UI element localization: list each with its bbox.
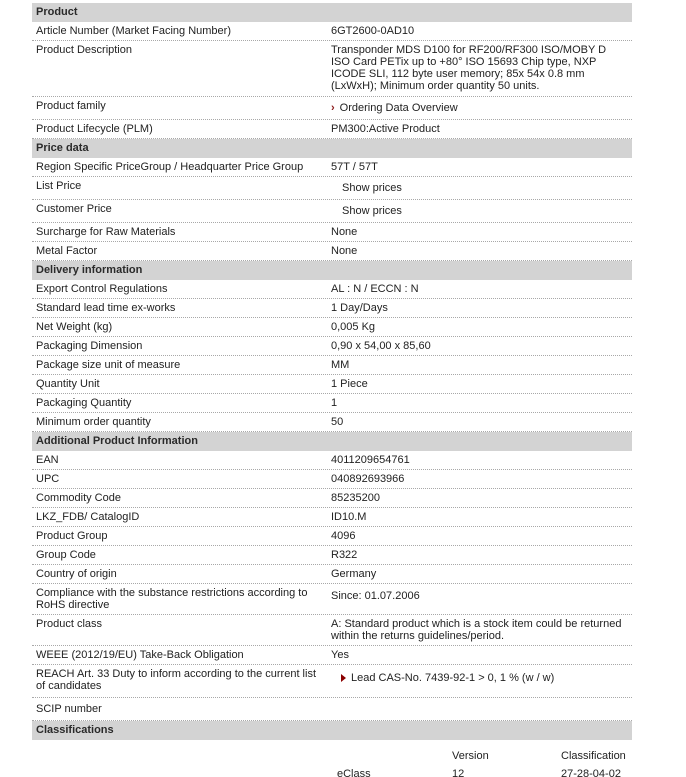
section-header-price-data: Price data: [32, 139, 632, 158]
reach-lead-link[interactable]: Lead CAS-No. 7439-92-1 > 0, 1 % (w / w): [351, 672, 554, 684]
value: ID10.M: [331, 511, 632, 523]
delivery-rows: Export Control RegulationsAL : N / ECCN …: [32, 280, 632, 432]
table-row: Standard lead time ex-works1 Day/Days: [32, 299, 632, 318]
label: Surcharge for Raw Materials: [32, 226, 331, 238]
classification-version: 12: [452, 768, 464, 777]
row-list-price: List Price Show prices: [32, 177, 632, 200]
label: Compliance with the substance restrictio…: [32, 587, 331, 611]
label: Product family: [32, 100, 331, 116]
label: List Price: [32, 180, 331, 196]
value: Transponder MDS D100 for RF200/RF300 ISO…: [331, 44, 632, 92]
triangle-right-icon: [341, 674, 346, 682]
label: SCIP number: [32, 701, 331, 717]
ordering-data-overview-link[interactable]: Ordering Data Overview: [340, 102, 458, 114]
value: A: Standard product which is a stock ite…: [331, 618, 632, 642]
value: 4011209654761: [331, 454, 632, 466]
label: LKZ_FDB/ CatalogID: [32, 511, 331, 523]
column-header-version: Version: [452, 750, 489, 762]
row-product-class: Product class A: Standard product which …: [32, 615, 632, 646]
label: Region Specific PriceGroup / Headquarter…: [32, 161, 331, 173]
label: Packaging Dimension: [32, 340, 331, 352]
table-row: Packaging Dimension0,90 x 54,00 x 85,60: [32, 337, 632, 356]
label: EAN: [32, 454, 331, 466]
additional-rows: EAN4011209654761UPC040892693966Commodity…: [32, 451, 632, 584]
table-row: Packaging Quantity1: [32, 394, 632, 413]
label: Package size unit of measure: [32, 359, 331, 371]
label: Product Description: [32, 44, 331, 92]
section-header-delivery: Delivery information: [32, 261, 632, 280]
value: 0,90 x 54,00 x 85,60: [331, 340, 632, 352]
value: 1 Piece: [331, 378, 632, 390]
label: Product Group: [32, 530, 331, 542]
section-header-product: Product: [32, 3, 632, 22]
section-header-additional-info: Additional Product Information: [32, 432, 632, 451]
value: Since: 01.07.2006: [331, 587, 632, 611]
table-row: Net Weight (kg)0,005 Kg: [32, 318, 632, 337]
value: Yes: [331, 649, 632, 661]
label: Group Code: [32, 549, 331, 561]
label: Commodity Code: [32, 492, 331, 504]
show-customer-prices-link[interactable]: Show prices: [331, 203, 402, 217]
label: UPC: [32, 473, 331, 485]
table-row: Group CodeR322: [32, 546, 632, 565]
classification-code: 27-28-04-02: [561, 768, 621, 777]
value: 6GT2600-0AD10: [331, 25, 632, 37]
label: Product Lifecycle (PLM): [32, 123, 331, 135]
show-list-prices-link[interactable]: Show prices: [331, 180, 402, 194]
product-data-sheet: Product Article Number (Market Facing Nu…: [32, 3, 632, 777]
value: AL : N / ECCN : N: [331, 283, 632, 295]
table-row: Export Control RegulationsAL : N / ECCN …: [32, 280, 632, 299]
table-row: Quantity Unit1 Piece: [32, 375, 632, 394]
row-scip: SCIP number: [32, 698, 632, 721]
value: None: [331, 245, 632, 257]
row-customer-price: Customer Price Show prices: [32, 200, 632, 223]
label: Article Number (Market Facing Number): [32, 25, 331, 37]
label: Product class: [32, 618, 331, 642]
table-row: Product Group4096: [32, 527, 632, 546]
table-row: Package size unit of measureMM: [32, 356, 632, 375]
value: 57T / 57T: [331, 161, 632, 173]
value: 4096: [331, 530, 632, 542]
label: Metal Factor: [32, 245, 331, 257]
value: Germany: [331, 568, 632, 580]
value: 1 Day/Days: [331, 302, 632, 314]
table-row: Minimum order quantity50: [32, 413, 632, 432]
row-product-family: Product family ›Ordering Data Overview: [32, 97, 632, 120]
row-weee: WEEE (2012/19/EU) Take-Back Obligation Y…: [32, 646, 632, 665]
row-article-number: Article Number (Market Facing Number) 6G…: [32, 22, 632, 41]
column-header-classification: Classification: [561, 750, 626, 762]
label: Quantity Unit: [32, 378, 331, 390]
row-surcharge: Surcharge for Raw Materials None: [32, 223, 632, 242]
value: 0,005 Kg: [331, 321, 632, 333]
value: [331, 701, 632, 717]
value: None: [331, 226, 632, 238]
label: Country of origin: [32, 568, 331, 580]
row-metal-factor: Metal Factor None: [32, 242, 632, 261]
label: Export Control Regulations: [32, 283, 331, 295]
table-row: Commodity Code85235200: [32, 489, 632, 508]
row-reach: REACH Art. 33 Duty to inform according t…: [32, 665, 632, 698]
value: PM300:Active Product: [331, 123, 632, 135]
chevron-right-icon: ›: [331, 102, 335, 114]
label: Customer Price: [32, 203, 331, 219]
label: REACH Art. 33 Duty to inform according t…: [32, 668, 331, 692]
table-row: EAN4011209654761: [32, 451, 632, 470]
value: MM: [331, 359, 632, 371]
value: 040892693966: [331, 473, 632, 485]
row-product-description: Product Description Transponder MDS D100…: [32, 41, 632, 97]
label: Net Weight (kg): [32, 321, 331, 333]
value: 85235200: [331, 492, 632, 504]
value: R322: [331, 549, 632, 561]
label: Packaging Quantity: [32, 397, 331, 409]
table-row: LKZ_FDB/ CatalogIDID10.M: [32, 508, 632, 527]
row-price-group: Region Specific PriceGroup / Headquarter…: [32, 158, 632, 177]
value: 50: [331, 416, 632, 428]
value: 1: [331, 397, 632, 409]
label: WEEE (2012/19/EU) Take-Back Obligation: [32, 649, 331, 661]
row-rohs: Compliance with the substance restrictio…: [32, 584, 632, 615]
table-row: UPC040892693966: [32, 470, 632, 489]
table-row: Country of originGermany: [32, 565, 632, 584]
label: Standard lead time ex-works: [32, 302, 331, 314]
classification-system: eClass: [337, 768, 371, 777]
section-header-classifications: Classifications: [32, 721, 632, 740]
classifications-table: Version Classification eClass 12 27-28-0…: [32, 740, 632, 777]
label: Minimum order quantity: [32, 416, 331, 428]
row-product-lifecycle: Product Lifecycle (PLM) PM300:Active Pro…: [32, 120, 632, 139]
